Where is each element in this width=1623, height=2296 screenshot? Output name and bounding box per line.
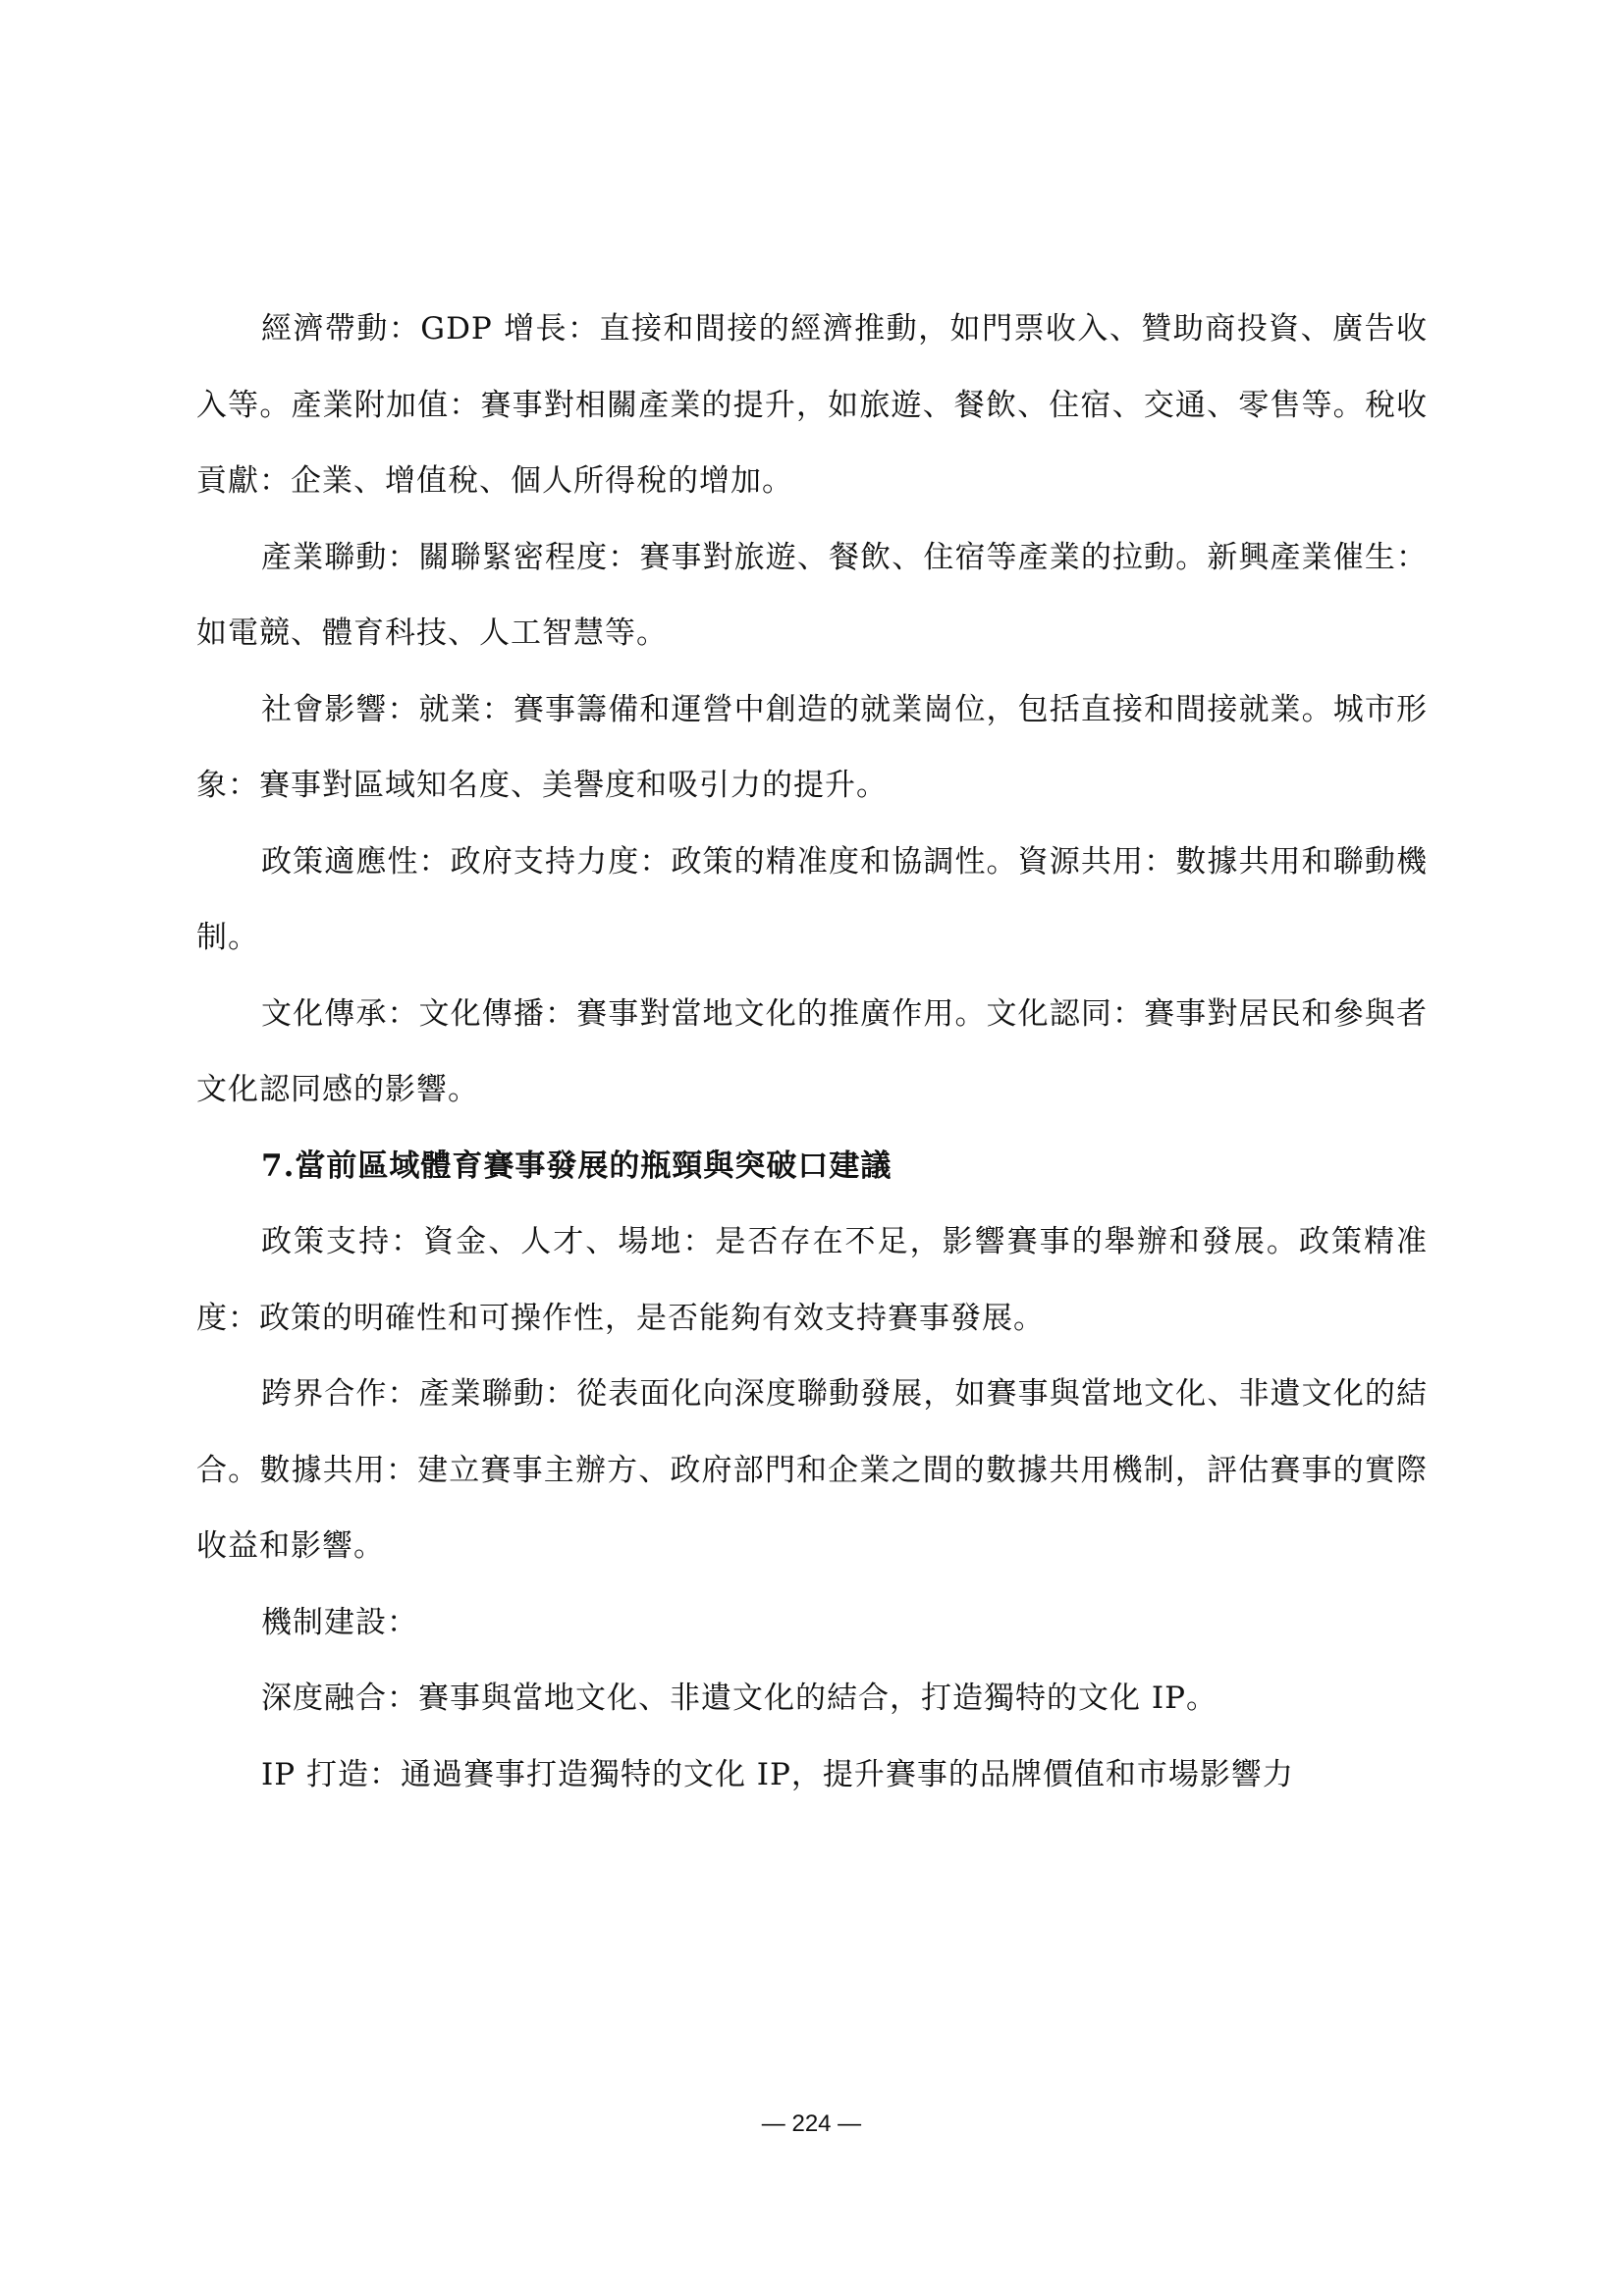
paragraph-industry-linkage: 產業聯動：關聯緊密程度：賽事對旅遊、餐飲、住宿等產業的拉動。新興產業催生：如電競… [196,520,1428,672]
document-body: 經濟帶動：GDP 增長：直接和間接的經濟推動，如門票收入、贊助商投資、廣告收入等… [196,292,1428,1813]
paragraph-deep-integration: 深度融合：賽事與當地文化、非遺文化的結合，打造獨特的文化 IP。 [196,1661,1428,1737]
paragraph-policy-adaptability: 政策適應性：政府支持力度：政策的精准度和協調性。資源共用：數據共用和聯動機制。 [196,825,1428,977]
paragraph-policy-support: 政策支持：資金、人才、場地：是否存在不足，影響賽事的舉辦和發展。政策精准度：政策… [196,1204,1428,1357]
paragraph-cultural-heritage: 文化傳承：文化傳播：賽事對當地文化的推廣作用。文化認同：賽事對居民和參與者文化認… [196,977,1428,1129]
section-heading: 7.當前區域體育賽事發展的瓶頸與突破口建議 [196,1129,1428,1205]
paragraph-cross-sector-cooperation: 跨界合作：產業聯動：從表面化向深度聯動發展，如賽事與當地文化、非遺文化的結合。數… [196,1357,1428,1585]
page-number: — 224 — [0,2110,1623,2138]
paragraph-social-impact: 社會影響：就業：賽事籌備和運營中創造的就業崗位，包括直接和間接就業。城市形象：賽… [196,672,1428,825]
paragraph-ip-creation: IP 打造：通過賽事打造獨特的文化 IP，提升賽事的品牌價值和市場影響力 [196,1737,1428,1814]
paragraph-economic-impact: 經濟帶動：GDP 增長：直接和間接的經濟推動，如門票收入、贊助商投資、廣告收入等… [196,292,1428,520]
paragraph-mechanism-building: 機制建設： [196,1585,1428,1662]
